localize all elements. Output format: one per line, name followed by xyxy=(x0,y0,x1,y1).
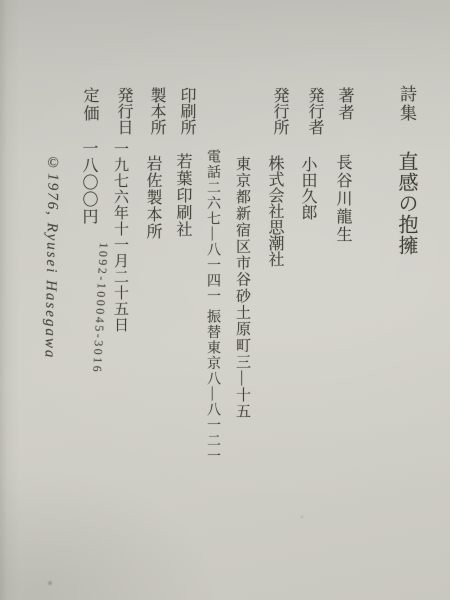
price-label: 定価 xyxy=(78,87,101,123)
publisher-label: 発行者 xyxy=(303,87,326,135)
series-label: 詩集 xyxy=(394,85,419,123)
printer-name: 若葉印刷社 xyxy=(171,153,194,238)
copyright-notice: ©1976, Ryusei Hasegawa xyxy=(40,155,61,360)
price-value: 一八〇〇円 xyxy=(77,140,100,225)
author-name: 長谷川龍生 xyxy=(331,154,354,244)
bindery-label: 製本所 xyxy=(145,87,168,135)
publication-date-label: 発行日 xyxy=(112,87,135,135)
bindery-name: 岩佐製本所 xyxy=(141,155,164,240)
book-title: 直感の抱擁 xyxy=(392,151,421,256)
publication-date: 一九七六年十一月二十五日 xyxy=(110,141,131,333)
author-label: 著者 xyxy=(333,87,356,121)
publisher-address: 東京都新宿区市谷砂土原町三―十五 xyxy=(232,156,253,420)
publisher-phone-transfer: 電話二六七―八一四一 振替東京八―八一二一 xyxy=(202,149,222,464)
publisher-name: 小田久郎 xyxy=(296,156,319,220)
printer-label: 印刷所 xyxy=(175,87,198,135)
publishing-house-label: 発行所 xyxy=(268,87,291,135)
book-code: 1092-100045-3016 xyxy=(89,242,111,375)
publishing-house-name: 株式会社思潮社 xyxy=(263,155,286,267)
colophon-page-photo: 詩集 直感の抱擁 著者 長谷川龍生 発行者 小田久郎 発行所 株式会社思潮社 東… xyxy=(0,0,450,600)
